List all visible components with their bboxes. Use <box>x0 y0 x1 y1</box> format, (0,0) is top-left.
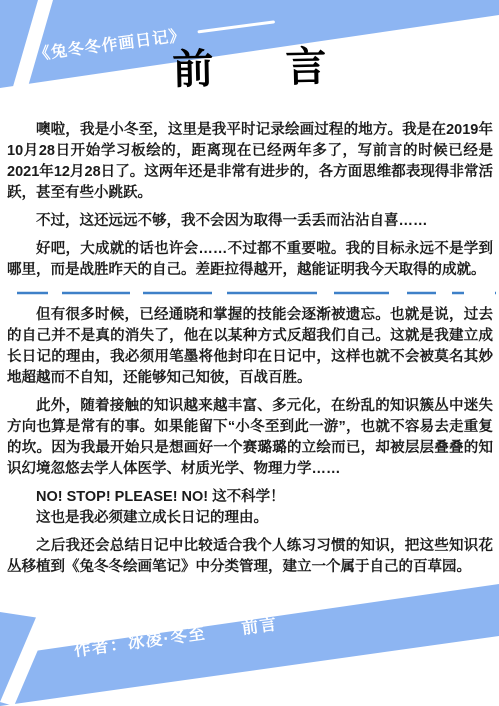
exclaim-line-2: 这也是我必须建立成长日记的理由。 <box>36 508 493 529</box>
footer-ribbon-caption: 作者：冰凌·冬至 前言 <box>72 610 278 661</box>
page-heading: 前 言 <box>0 42 499 95</box>
paragraph-intro: 噢啦，我是小冬至，这里是我平时记录绘画过程的地方。我是在2019年10月28日开… <box>7 120 493 204</box>
bottom-ribbon-slash <box>0 608 55 706</box>
page-heading-char-2: 言 <box>285 45 327 89</box>
page-heading-char-1: 前 <box>172 48 214 92</box>
exclaim-line-1: NO! STOP! PLEASE! NO! 这不科学！ <box>36 487 493 508</box>
paragraph-forgetting: 但有很多时候，已经通晓和掌握的技能会逐渐被遗忘。也就是说，过去的自己并不是真的消… <box>7 305 493 389</box>
paragraph-lost-in-knowledge: 此外，随着接触的知识越来越丰富、多元化，在纷乱的知识簇丛中迷失方向也算是常有的事… <box>7 396 493 480</box>
section-divider <box>15 291 499 295</box>
bottom-corner-stripe <box>0 612 46 706</box>
paragraph-goal: 好吧，大成就的话也许会……不过都不重要啦。我的目标永远不是学到哪里，而是战胜昨天… <box>7 239 493 281</box>
paragraph-not-enough: 不过，这还远远不够，我不会因为取得一丢丢而沾沾自喜…… <box>7 211 493 232</box>
author-label: 作者：冰凌·冬至 <box>72 620 207 661</box>
footer-section-label: 前言 <box>240 610 279 638</box>
paragraph-closing: 之后我还会总结日记中比较适合我个人练习习惯的知识，把这些知识花丛移植到《兔冬冬绘… <box>7 536 493 578</box>
paragraph-exclaim: NO! STOP! PLEASE! NO! 这不科学！ 这也是我必须建立成长日记… <box>7 487 493 529</box>
preface-body: 噢啦，我是小冬至，这里是我平时记录绘画过程的地方。我是在2019年10月28日开… <box>7 120 493 585</box>
preface-page: 《兔冬冬作画日记》 前 言 噢啦，我是小冬至，这里是我平时记录绘画过程的地方。我… <box>0 0 499 706</box>
title-dash-line <box>197 21 275 34</box>
